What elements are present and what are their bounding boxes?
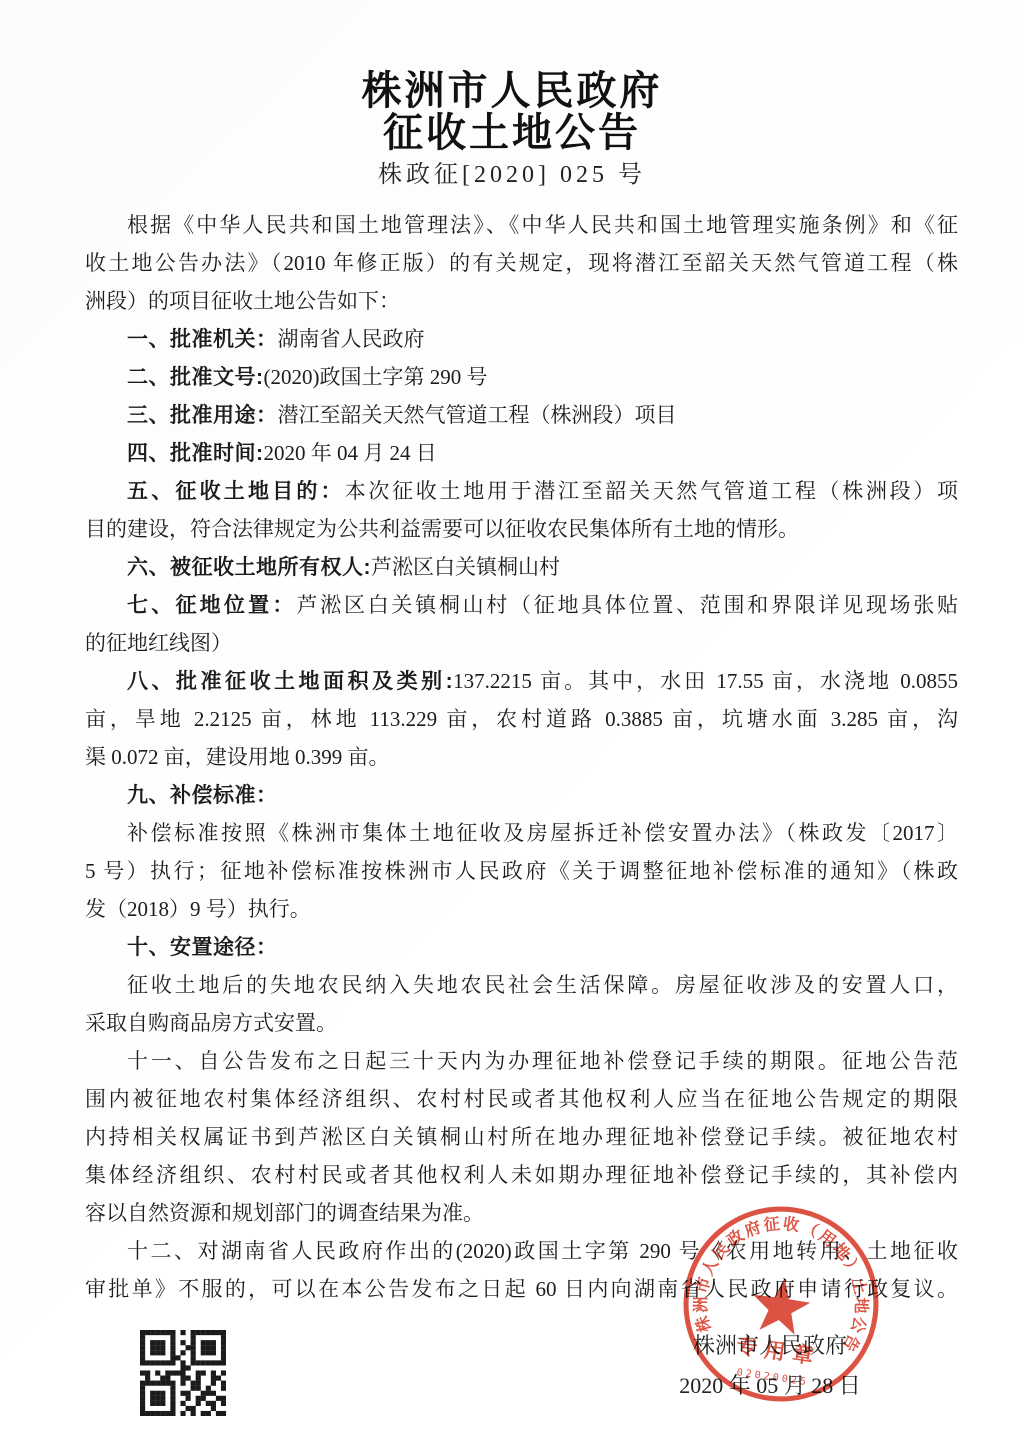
qr-module [191,1350,196,1355]
qr-module [221,1335,226,1340]
qr-module [145,1330,150,1335]
body-line: 采取自购商品房方式安置。 [85,1004,958,1042]
body-line-text: 采取自购商品房方式安置。 [85,1011,337,1035]
qr-module [155,1340,160,1345]
body-line: 洲段）的项目征收土地公告如下： [85,282,958,320]
qr-module [180,1330,185,1335]
qr-module [155,1396,160,1401]
qr-module [140,1335,145,1340]
qr-module [221,1411,226,1416]
qr-module [221,1350,226,1355]
body-line-text: 洲段）的项目征收土地公告如下： [85,289,400,313]
qr-module [186,1406,191,1411]
body-line: 目的建设，符合法律规定为公共利益需要可以征收农民集体所有土地的情形。 [85,510,958,548]
qr-module [211,1340,216,1345]
qr-module [211,1360,216,1365]
body-line: 六、被征收土地所有权人:芦淞区白关镇桐山村 [85,548,958,586]
qr-module [145,1360,150,1365]
body-line: 发（2018）9 号）执行。 [85,890,958,928]
qr-module [160,1360,165,1365]
qr-module [155,1401,160,1406]
qr-module [211,1370,216,1375]
qr-module [150,1401,155,1406]
qr-module [165,1330,170,1335]
qr-module [206,1340,211,1345]
body-line-text: 内持相关权属证书到芦淞区白关镇桐山村所在地办理征地补偿登记手续。被征地农村 [85,1125,958,1149]
body-line-text: 集体经济组织、农村村民或者其他权利人未如期办理征地补偿登记手续的，其补偿内 [85,1163,958,1187]
qr-module [191,1340,196,1345]
body-line: 八、批准征收土地面积及类别:137.2215 亩。其中，水田 17.55 亩，水… [85,662,958,700]
qr-module [175,1370,180,1375]
official-seal: 株洲市人民政府征收（用地）土地公告 专用章 02020025 [667,1190,895,1418]
body-line-text: 亩，旱地 2.2125 亩，林地 113.229 亩，农村道路 0.3885 亩… [85,707,958,731]
qr-module [140,1340,145,1345]
qr-module [165,1381,170,1386]
qr-module [170,1345,175,1350]
body-line-label: 八、批准征收土地面积及类别: [127,670,453,693]
qr-module [206,1330,211,1335]
qr-module [196,1370,201,1375]
body-line-label: 二、批准文号: [127,366,264,389]
body-line: 十、安置途径： [85,928,958,966]
qr-module [155,1330,160,1335]
qr-module [160,1411,165,1416]
qr-module [165,1411,170,1416]
document-title-line2: 征收土地公告 [0,112,1024,154]
qr-module [170,1391,175,1396]
qr-module [140,1396,145,1401]
qr-module [180,1370,185,1375]
qr-module [140,1411,145,1416]
qr-module [155,1381,160,1386]
body-line: 围内被征地农村集体经济组织、农村村民或者其他权利人应当在征地公告规定的期限 [85,1080,958,1118]
qr-module [196,1396,201,1401]
qr-module [196,1330,201,1335]
body-line-text: 潜江至韶关天然气管道工程（株洲段）项目 [278,403,677,427]
qr-module [201,1391,206,1396]
body-line: 七、征地位置：芦淞区白关镇桐山村（征地具体位置、范围和界限详见现场张贴 [85,586,958,624]
qr-module [211,1350,216,1355]
qr-module [201,1370,206,1375]
qr-module [180,1401,185,1406]
qr-module [140,1360,145,1365]
qr-module [170,1335,175,1340]
qr-module [201,1330,206,1335]
body-line-label: 一、批准机关： [127,328,278,351]
body-line: 的征地红线图） [85,624,958,662]
qr-module [170,1340,175,1345]
qr-module [165,1360,170,1365]
body-line-label: 五、征收土地目的： [127,480,345,503]
document-number: 株政征[2020] 025 号 [0,160,1024,190]
qr-module [196,1401,201,1406]
qr-module [170,1370,175,1375]
qr-module [140,1330,145,1335]
body-line-label: 四、批准时间: [127,442,264,465]
body-line-label: 三、批准用途： [127,404,278,427]
qr-module [180,1350,185,1355]
body-line-text: 容以自然资源和规划部门的调查结果为准。 [85,1201,484,1225]
qr-module [140,1355,145,1360]
qr-module [216,1330,221,1335]
qr-module [221,1340,226,1345]
qr-module [170,1355,175,1360]
qr-module [216,1360,221,1365]
qr-module [140,1386,145,1391]
qr-module [201,1350,206,1355]
qr-module [191,1360,196,1365]
qr-module [160,1345,165,1350]
qr-module [155,1391,160,1396]
qr-module [140,1345,145,1350]
qr-module [191,1335,196,1340]
qr-module [216,1411,221,1416]
body-line-text: 渠 0.072 亩，建设用地 0.399 亩。 [85,745,390,769]
qr-module [211,1381,216,1386]
qr-module [221,1381,226,1386]
qr-module [170,1386,175,1391]
document-title-line1: 株洲市人民政府 [0,70,1024,112]
qr-module [145,1381,150,1386]
qr-module [206,1386,211,1391]
qr-module [221,1401,226,1406]
qr-module [201,1360,206,1365]
qr-module [191,1406,196,1411]
qr-module [150,1391,155,1396]
qr-module [196,1360,201,1365]
qr-module [145,1411,150,1416]
body-line-label: 六、被征收土地所有权人: [127,556,371,579]
qr-module [150,1345,155,1350]
qr-module [140,1381,145,1386]
qr-module [150,1330,155,1335]
body-line: 根据《中华人民共和国土地管理法》、《中华人民共和国土地管理实施条例》和《征 [85,206,958,244]
qr-module [206,1360,211,1365]
body-line-label: 十、安置途径： [127,936,278,959]
body-line: 收土地公告办法》（2010 年修正版）的有关规定，现将潜江至韶关天然气管道工程（… [85,244,958,282]
body-line-text: 发（2018）9 号）执行。 [85,897,311,921]
qr-module [170,1330,175,1335]
qr-module [160,1350,165,1355]
qr-module [211,1406,216,1411]
body-line: 一、批准机关：湖南省人民政府 [85,320,958,358]
qr-module [160,1330,165,1335]
qr-module [191,1381,196,1386]
body-line: 亩，旱地 2.2125 亩，林地 113.229 亩，农村道路 0.3885 亩… [85,700,958,738]
qr-module [216,1376,221,1381]
body-line-text: 围内被征地农村集体经济组织、农村村民或者其他权利人应当在征地公告规定的期限 [85,1087,958,1111]
qr-module [150,1381,155,1386]
body-line-text: 2020 年 04 月 24 日 [264,441,437,465]
qr-module [180,1340,185,1345]
qr-module [160,1396,165,1401]
qr-module [170,1406,175,1411]
qr-module [140,1391,145,1396]
qr-module [160,1391,165,1396]
qr-module [180,1391,185,1396]
qr-module [165,1376,170,1381]
qr-module [186,1376,191,1381]
body-line: 5 号）执行；征地补偿标准按株洲市人民政府《关于调整征地补偿标准的通知》（株政 [85,852,958,890]
body-line-text: 137.2215 亩。其中，水田 17.55 亩，水浇地 0.0855 [453,669,958,693]
qr-module [206,1350,211,1355]
qr-module [155,1345,160,1350]
qr-module [211,1391,216,1396]
qr-module [201,1396,206,1401]
qr-module [170,1396,175,1401]
body-line-text: 收土地公告办法》（2010 年修正版）的有关规定，现将潜江至韶关天然气管道工程（… [85,251,958,275]
qr-module [140,1350,145,1355]
body-line-text: (2020)政国土字第 290 号 [264,365,488,389]
qr-module [221,1386,226,1391]
qr-module [145,1370,150,1375]
qr-module [140,1401,145,1406]
body-line: 九、补偿标准： [85,776,958,814]
qr-module [196,1381,201,1386]
seal-star-icon [749,1274,814,1336]
body-line-label: 七、征地位置： [127,594,297,617]
body-line-label: 九、补偿标准： [127,784,278,807]
qr-module [140,1406,145,1411]
qr-module [191,1355,196,1360]
qr-module [196,1386,201,1391]
document-page: 株洲市人民政府 征收土地公告 株政征[2020] 025 号 根据《中华人民共和… [0,0,1024,1448]
body-line-text: 的征地红线图） [85,631,232,655]
qr-module [201,1411,206,1416]
body-line: 渠 0.072 亩，建设用地 0.399 亩。 [85,738,958,776]
qr-module [186,1391,191,1396]
qr-module [206,1411,211,1416]
qr-module [206,1391,211,1396]
body-line: 五、征收土地目的：本次征收土地用于潜江至韶关天然气管道工程（株洲段）项 [85,472,958,510]
qr-module [221,1355,226,1360]
qr-module [180,1381,185,1386]
qr-module [211,1345,216,1350]
qr-module [145,1376,150,1381]
body-line-text: 5 号）执行；征地补偿标准按株洲市人民政府《关于调整征地补偿标准的通知》（株政 [85,859,958,883]
qr-module [211,1401,216,1406]
qr-module [186,1345,191,1350]
body-line-text: 补偿标准按照《株洲市集体土地征收及房屋拆迁补偿安置办法》（株政发〔2017〕 [127,821,958,845]
qr-module [211,1330,216,1335]
qr-module [150,1360,155,1365]
seal-center-label: 专用章 [735,1333,822,1370]
qr-module [206,1345,211,1350]
qr-module [160,1401,165,1406]
qr-module [170,1411,175,1416]
qr-module [186,1396,191,1401]
qr-module [180,1411,185,1416]
qr-module [175,1355,180,1360]
qr-module [150,1350,155,1355]
qr-module [216,1396,221,1401]
document-body: 根据《中华人民共和国土地管理法》、《中华人民共和国土地管理实施条例》和《征收土地… [85,206,958,1308]
body-line-text: 芦淞区白关镇桐山村（征地具体位置、范围和界限详见现场张贴 [297,593,958,617]
qr-module [155,1350,160,1355]
body-line-text: 目的建设，符合法律规定为公共利益需要可以征收农民集体所有土地的情形。 [85,517,799,541]
body-line-text: 征收土地后的失地农民纳入失地农民社会生活保障。房屋征收涉及的安置人口， [127,973,958,997]
body-line-text: 湖南省人民政府 [278,327,425,351]
qr-module [165,1370,170,1375]
body-line-text: 本次征收土地用于潜江至韶关天然气管道工程（株洲段）项 [345,479,958,503]
body-line: 十一、自公告发布之日起三十天内为办理征地补偿登记手续的期限。征地公告范 [85,1042,958,1080]
body-line: 补偿标准按照《株洲市集体土地征收及房屋拆迁补偿安置办法》（株政发〔2017〕 [85,814,958,852]
qr-module [221,1345,226,1350]
qr-module [170,1350,175,1355]
qr-module [150,1396,155,1401]
qr-module [160,1381,165,1386]
body-line-text: 十一、自公告发布之日起三十天内为办理征地补偿登记手续的期限。征地公告范 [127,1049,958,1073]
qr-module [201,1345,206,1350]
seal-serial-number: 02020025 [736,1367,810,1388]
qr-module [191,1386,196,1391]
qr-module [221,1370,226,1375]
qr-module [191,1345,196,1350]
qr-module [160,1340,165,1345]
body-line: 集体经济组织、农村村民或者其他权利人未如期办理征地补偿登记手续的，其补偿内 [85,1156,958,1194]
qr-module [170,1381,175,1386]
qr-module [155,1360,160,1365]
body-line-text: 根据《中华人民共和国土地管理法》、《中华人民共和国土地管理实施条例》和《征 [127,213,958,237]
qr-module [221,1360,226,1365]
qr-module [221,1330,226,1335]
qr-module [150,1340,155,1345]
qr-module [196,1376,201,1381]
qr-module [211,1376,216,1381]
body-line-text: 芦淞区白关镇桐山村 [371,555,560,579]
qr-module [155,1411,160,1416]
qr-module [155,1370,160,1375]
qr-module [170,1401,175,1406]
qr-code-image [140,1330,226,1416]
qr-module [191,1411,196,1416]
qr-module [206,1401,211,1406]
body-line: 征收土地后的失地农民纳入失地农民社会生活保障。房屋征收涉及的安置人口， [85,966,958,1004]
body-line: 三、批准用途：潜江至韶关天然气管道工程（株洲段）项目 [85,396,958,434]
qr-module [186,1365,191,1370]
qr-module [191,1330,196,1335]
qr-module [201,1340,206,1345]
qr-module [160,1376,165,1381]
qr-module [180,1365,185,1370]
qr-module [150,1411,155,1416]
body-line: 内持相关权属证书到芦淞区白关镇桐山村所在地办理征地补偿登记手续。被征地农村 [85,1118,958,1156]
body-line: 二、批准文号:(2020)政国土字第 290 号 [85,358,958,396]
qr-module [180,1360,185,1365]
qr-module [221,1396,226,1401]
qr-module [140,1370,145,1375]
qr-module [180,1376,185,1381]
body-line: 四、批准时间:2020 年 04 月 24 日 [85,434,958,472]
qr-module [170,1360,175,1365]
